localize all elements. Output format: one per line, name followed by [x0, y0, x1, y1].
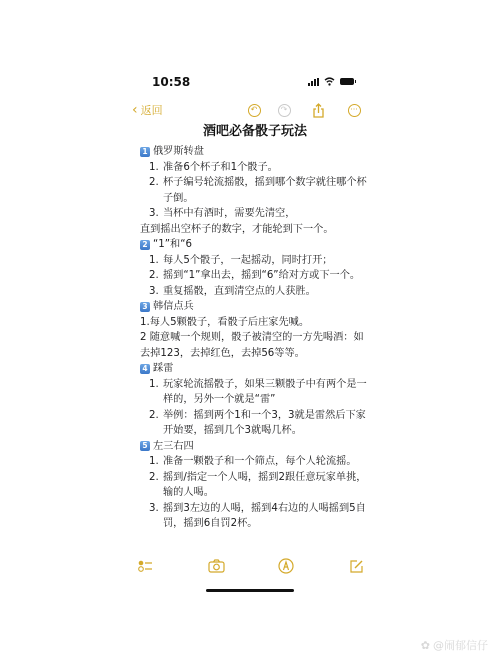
list-number: 3.	[149, 284, 163, 300]
section-heading: 4 踩雷	[140, 361, 370, 377]
list-item: 1.准备一颗骰子和一个筛点，每个人轮流摇。	[140, 454, 370, 470]
list-number: 1.	[149, 253, 163, 269]
status-time: 10:58	[152, 75, 190, 89]
share-icon	[312, 103, 325, 118]
markup-button[interactable]	[276, 557, 296, 575]
list-text: 杯子编号轮流摇骰，摇到哪个数字就往哪个杯子倒。	[163, 175, 370, 206]
list-item: 3.摇到3左边的人喝，摇到4右边的人喝摇到5自罚，摇到6自罚2杯。	[140, 501, 370, 532]
section-title: “1”和“6	[153, 237, 192, 253]
list-text: 玩家轮流摇骰子，如果三颗骰子中有两个是一样的，另外一个就是“雷”	[163, 377, 370, 408]
list-item: 3.重复摇骰，直到清空点的人获胜。	[140, 284, 370, 300]
list-text: 重复摇骰，直到清空点的人获胜。	[163, 284, 370, 300]
list-number: 1.	[149, 160, 163, 176]
section-heading: 3 韩信点兵	[140, 299, 370, 315]
list-number: 2.	[149, 408, 163, 439]
note-title: 酒吧必备骰子玩法	[140, 122, 370, 142]
list-text: 每人5个骰子，一起摇动，同时打开；	[163, 253, 370, 269]
checklist-icon	[138, 559, 154, 573]
list-number: 2.	[149, 470, 163, 501]
keycap-3-icon: 3	[140, 302, 150, 312]
keycap-5-icon: 5	[140, 441, 150, 451]
undo-button[interactable]: ↶	[246, 102, 262, 118]
section-title: 俄罗斯转盘	[153, 144, 204, 160]
list-number: 2.	[149, 268, 163, 284]
list-item: 1.玩家轮流摇骰子，如果三颗骰子中有两个是一样的，另外一个就是“雷”	[140, 377, 370, 408]
more-icon: ···	[348, 104, 361, 117]
more-button[interactable]: ···	[346, 102, 362, 118]
checklist-button[interactable]	[136, 557, 156, 575]
redo-button[interactable]: ↷	[276, 102, 292, 118]
list-text: 准备一颗骰子和一个筛点，每个人轮流摇。	[163, 454, 370, 470]
list-number: 3.	[149, 206, 163, 222]
battery-icon	[340, 78, 354, 85]
list-text: 举例：摇到两个1和一个3，3就是雷然后下家开始要，摇到几个3就喝几杯。	[163, 408, 370, 439]
list-text: 摇到“1”拿出去，摇到“6”给对方或下一个。	[163, 268, 370, 284]
list-number: 3.	[149, 501, 163, 532]
list-item: 1.准备6个杯子和1个骰子。	[140, 160, 370, 176]
watermark: ✿ @闹郁信仔	[421, 637, 488, 653]
compose-button[interactable]	[346, 557, 366, 575]
section-title: 左三右四	[153, 439, 194, 455]
section-title: 踩雷	[153, 361, 173, 377]
list-item: 2.摇到/指定一个人喝，摇到2跟任意玩家单挑，输的人喝。	[140, 470, 370, 501]
section-title: 韩信点兵	[153, 299, 194, 315]
keycap-1-icon: 1	[140, 147, 150, 157]
share-button[interactable]	[310, 102, 326, 118]
watermark-text: @闹郁信仔	[433, 637, 488, 653]
camera-icon	[208, 559, 225, 573]
section-heading: 5 左三右四	[140, 439, 370, 455]
list-number: 1.	[149, 377, 163, 408]
list-text: 摇到/指定一个人喝，摇到2跟任意玩家单挑，输的人喝。	[163, 470, 370, 501]
list-text: 摇到3左边的人喝，摇到4右边的人喝摇到5自罚，摇到6自罚2杯。	[163, 501, 370, 532]
list-number: 2.	[149, 175, 163, 206]
bottom-toolbar	[120, 554, 382, 578]
list-text: 准备6个杯子和1个骰子。	[163, 160, 370, 176]
phone-screen: 10:58 ‹ 返回 ↶ ↷	[120, 60, 382, 607]
note-body[interactable]: 酒吧必备骰子玩法 1 俄罗斯转盘 1.准备6个杯子和1个骰子。 2.杯子编号轮流…	[140, 122, 370, 532]
wifi-icon	[324, 77, 335, 86]
paw-icon: ✿	[421, 639, 430, 652]
back-button[interactable]: ‹ 返回	[132, 102, 163, 118]
paragraph: 直到摇出空杯子的数字，才能轮到下一个。	[140, 222, 370, 238]
camera-button[interactable]	[206, 557, 226, 575]
status-bar: 10:58	[120, 75, 382, 91]
list-number: 1.	[149, 454, 163, 470]
keycap-2-icon: 2	[140, 240, 150, 250]
redo-icon: ↷	[278, 104, 291, 117]
list-item: 1.每人5个骰子，一起摇动，同时打开；	[140, 253, 370, 269]
home-indicator[interactable]	[206, 589, 294, 592]
markup-icon	[278, 558, 294, 574]
list-item: 2.杯子编号轮流摇骰，摇到哪个数字就往哪个杯子倒。	[140, 175, 370, 206]
compose-icon	[349, 559, 364, 574]
list-item: 2.举例：摇到两个1和一个3，3就是雷然后下家开始要，摇到几个3就喝几杯。	[140, 408, 370, 439]
keycap-4-icon: 4	[140, 364, 150, 374]
note-nav-bar: ‹ 返回 ↶ ↷ ···	[120, 100, 382, 122]
list-item: 3.当杯中有酒时，需要先清空，	[140, 206, 370, 222]
section-heading: 1 俄罗斯转盘	[140, 144, 370, 160]
chevron-left-icon: ‹	[132, 103, 138, 117]
section-heading: 2 “1”和“6	[140, 237, 370, 253]
list-text: 当杯中有酒时，需要先清空，	[163, 206, 370, 222]
paragraph: 2 随意喊一个规则，骰子被清空的一方先喝酒：如去掉123，去掉红色，去掉56等等…	[140, 330, 370, 361]
back-label: 返回	[141, 102, 163, 118]
undo-icon: ↶	[248, 104, 261, 117]
list-item: 2.摇到“1”拿出去，摇到“6”给对方或下一个。	[140, 268, 370, 284]
signal-icon	[308, 78, 319, 86]
paragraph: 1.每人5颗骰子，看骰子后庄家先喊。	[140, 315, 370, 331]
